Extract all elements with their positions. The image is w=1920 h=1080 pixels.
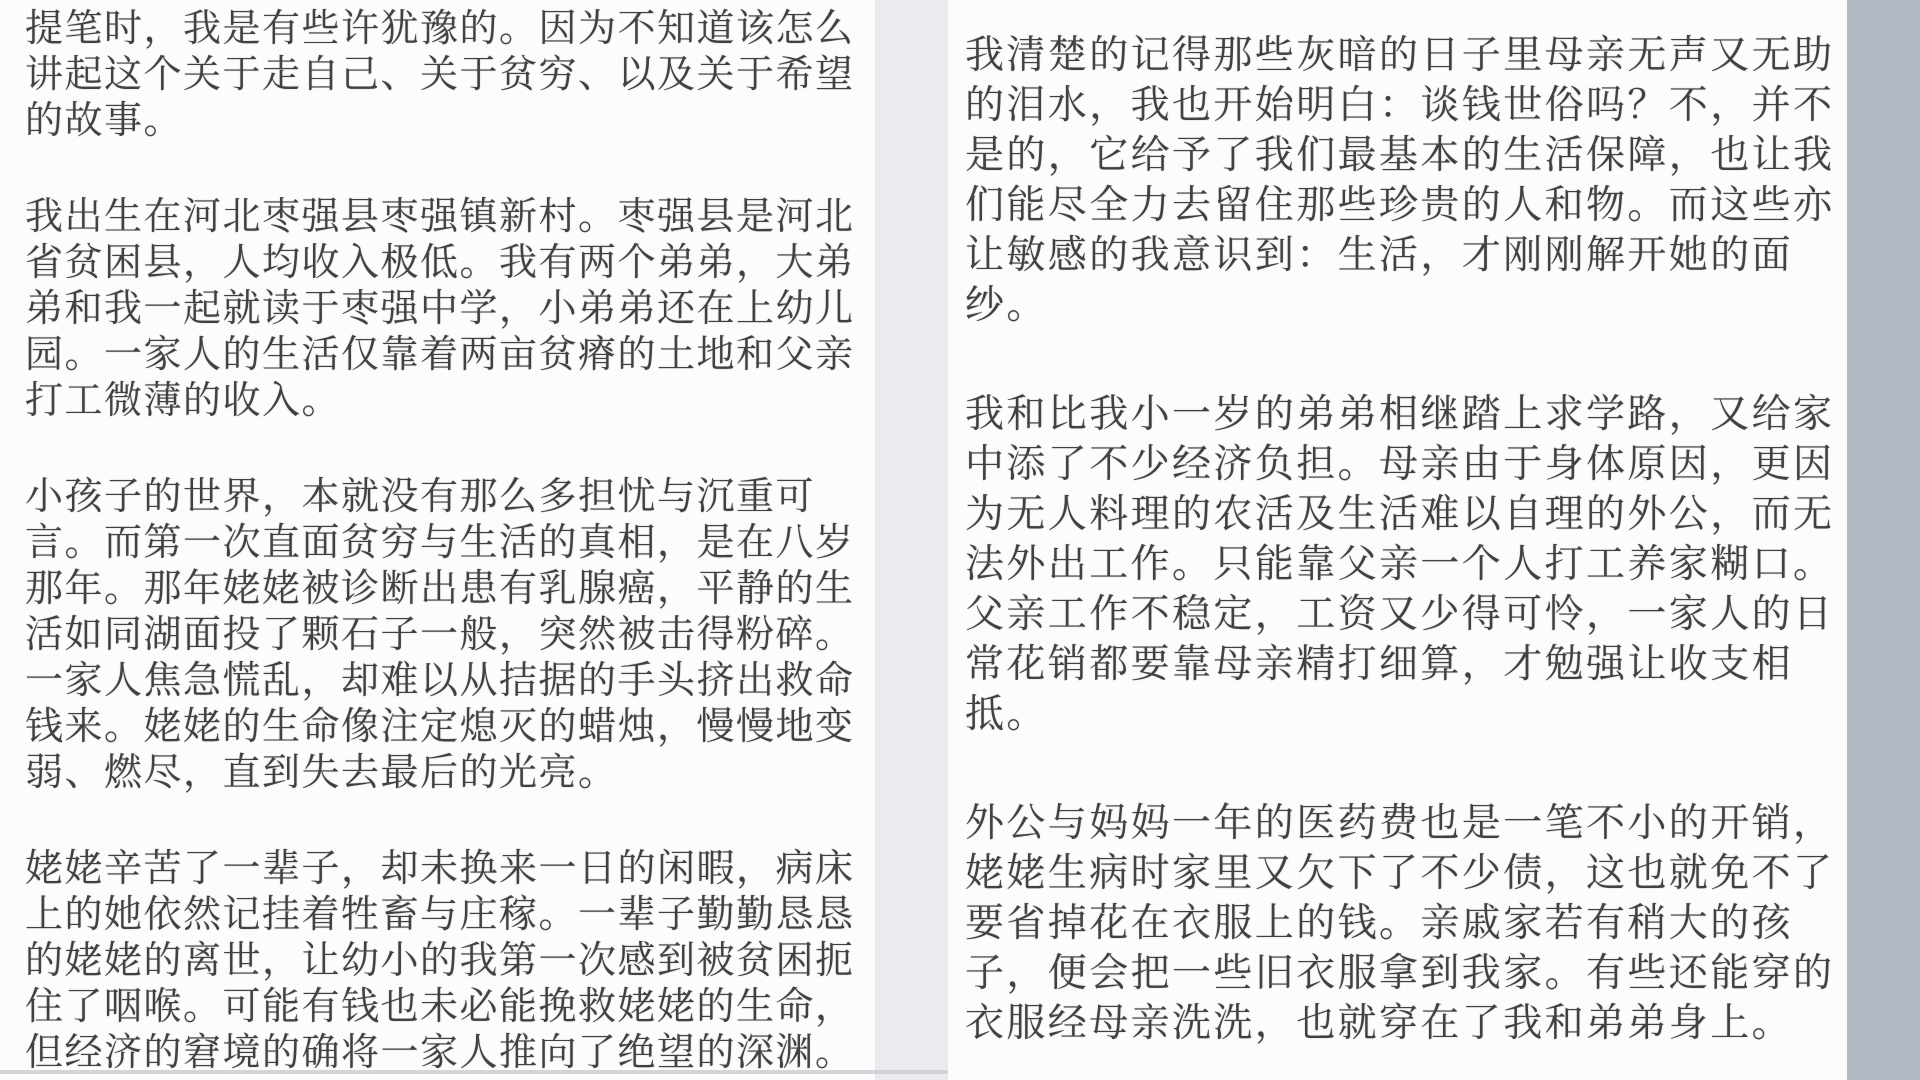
text-line: 的故事。	[25, 98, 875, 144]
text-line: 是的，它给予了我们最基本的生活保障，也让我	[965, 131, 1848, 181]
text-line: 常花销都要靠母亲精打细算，才勉强让收支相	[965, 640, 1848, 690]
text-line: 言。而第一次直面贫穷与生活的真相，是在八岁	[25, 520, 875, 566]
left-page: 提笔时，我是有些许犹豫的。因为不知道该怎么 讲起这个关于走自己、关于贫穷、以及关…	[0, 0, 875, 1080]
text-line: 小孩子的世界，本就没有那么多担忧与沉重可	[25, 474, 875, 520]
text-line: 为无人料理的农活及生活难以自理的外公，而无	[965, 490, 1848, 540]
scanned-essay-page: 提笔时，我是有些许犹豫的。因为不知道该怎么 讲起这个关于走自己、关于贫穷、以及关…	[0, 0, 1920, 1080]
text-line: 子，便会把一些旧衣服拿到我家。有些还能穿的	[965, 949, 1848, 999]
text-line: 中添了不少经济负担。母亲由于身体原因，更因	[965, 440, 1848, 490]
text-line: 抵。	[965, 690, 1848, 740]
paragraph: 提笔时，我是有些许犹豫的。因为不知道该怎么 讲起这个关于走自己、关于贫穷、以及关…	[25, 6, 875, 144]
text-line: 我和比我小一岁的弟弟相继踏上求学路，又给家	[965, 390, 1848, 440]
paragraph: 外公与妈妈一年的医药费也是一笔不小的开销， 姥姥生病时家里又欠下了不少债，这也就…	[965, 799, 1848, 1049]
text-line: 钱来。姥姥的生命像注定熄灭的蜡烛，慢慢地变	[25, 704, 875, 750]
paragraph: 我清楚的记得那些灰暗的日子里母亲无声又无助 的泪水，我也开始明白：谈钱世俗吗？不…	[965, 31, 1848, 331]
text-line: 法外出工作。只能靠父亲一个人打工养家糊口。	[965, 540, 1848, 590]
text-line: 那年。那年姥姥被诊断出患有乳腺癌，平静的生	[25, 566, 875, 612]
paragraph: 小孩子的世界，本就没有那么多担忧与沉重可 言。而第一次直面贫穷与生活的真相，是在…	[25, 474, 875, 796]
text-line: 一家人焦急慌乱，却难以从拮据的手头挤出救命	[25, 658, 875, 704]
bottom-edge-line	[0, 1070, 948, 1074]
column-gap	[875, 0, 948, 1080]
text-line: 姥姥生病时家里又欠下了不少债，这也就免不了	[965, 849, 1848, 899]
paragraph: 我和比我小一岁的弟弟相继踏上求学路，又给家 中添了不少经济负担。母亲由于身体原因…	[965, 390, 1848, 740]
right-page: 我清楚的记得那些灰暗的日子里母亲无声又无助 的泪水，我也开始明白：谈钱世俗吗？不…	[948, 0, 1848, 1080]
paragraph: 我出生在河北枣强县枣强镇新村。枣强县是河北 省贫困县，人均收入极低。我有两个弟弟…	[25, 194, 875, 424]
text-line: 提笔时，我是有些许犹豫的。因为不知道该怎么	[25, 6, 875, 52]
text-line: 们能尽全力去留住那些珍贵的人和物。而这些亦	[965, 181, 1848, 231]
paragraph: 姥姥辛苦了一辈子，却未换来一日的闲暇，病床 上的她依然记挂着牲畜与庄稼。一辈子勤…	[25, 846, 875, 1076]
text-line: 的姥姥的离世，让幼小的我第一次感到被贫困扼	[25, 938, 875, 984]
text-line: 园。一家人的生活仅靠着两亩贫瘠的土地和父亲	[25, 332, 875, 378]
text-line: 父亲工作不稳定，工资又少得可怜，一家人的日	[965, 590, 1848, 640]
right-edge-strip	[1847, 0, 1920, 1080]
text-line: 弱、燃尽，直到失去最后的光亮。	[25, 750, 875, 796]
text-line: 外公与妈妈一年的医药费也是一笔不小的开销，	[965, 799, 1848, 849]
text-line: 要省掉花在衣服上的钱。亲戚家若有稍大的孩	[965, 899, 1848, 949]
text-line: 让敏感的我意识到：生活，才刚刚解开她的面	[965, 231, 1848, 281]
text-line: 纱。	[965, 281, 1848, 331]
text-line: 我清楚的记得那些灰暗的日子里母亲无声又无助	[965, 31, 1848, 81]
text-line: 讲起这个关于走自己、关于贫穷、以及关于希望	[25, 52, 875, 98]
text-line: 衣服经母亲洗洗，也就穿在了我和弟弟身上。	[965, 999, 1848, 1049]
text-line: 弟和我一起就读于枣强中学，小弟弟还在上幼儿	[25, 286, 875, 332]
text-line: 姥姥辛苦了一辈子，却未换来一日的闲暇，病床	[25, 846, 875, 892]
text-line: 住了咽喉。可能有钱也未必能挽救姥姥的生命，	[25, 984, 875, 1030]
text-line: 活如同湖面投了颗石子一般，突然被击得粉碎。	[25, 612, 875, 658]
text-line: 我出生在河北枣强县枣强镇新村。枣强县是河北	[25, 194, 875, 240]
text-line: 打工微薄的收入。	[25, 378, 875, 424]
text-line: 上的她依然记挂着牲畜与庄稼。一辈子勤勤恳恳	[25, 892, 875, 938]
text-line: 的泪水，我也开始明白：谈钱世俗吗？不，并不	[965, 81, 1848, 131]
text-line: 省贫困县，人均收入极低。我有两个弟弟，大弟	[25, 240, 875, 286]
